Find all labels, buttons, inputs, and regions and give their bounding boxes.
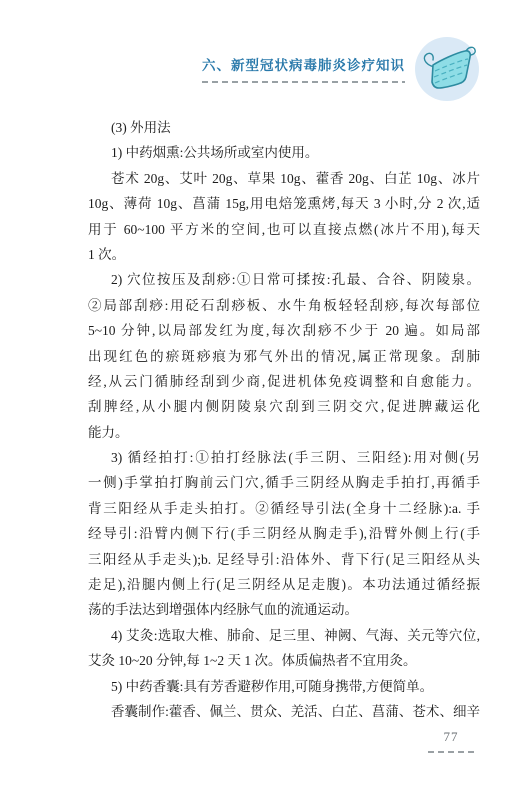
text-line: 5) 中药香囊:具有芳香避秽作用,可随身携带,方便简单。: [88, 674, 480, 699]
text-line: 2) 穴位按压及刮痧:①日常可揉按:孔最、合谷、阴陵泉。: [88, 267, 480, 292]
book-page: 六、新型冠状病毒肺炎诊疗知识 (3) 外用法 1) 中药烟熏:公共场所或室内使用…: [0, 0, 528, 793]
text-line: 10g、薄荷 10g、菖蒲 15g,用电焙笼熏烤,每天 3 小时,分 2 次,适: [88, 191, 480, 216]
text-line: 1 次。: [88, 242, 480, 267]
face-mask-icon: [414, 36, 480, 102]
header-dashed-rule: [202, 81, 405, 83]
text-line: 3) 循经拍打:①拍打经脉法(手三阴、三阳经):用对侧(另: [88, 445, 480, 470]
text-line: (3) 外用法: [88, 115, 480, 140]
text-line: 荡的手法达到增强体内经脉气血的流通运动。: [88, 597, 480, 622]
text-line: 5~10 分钟,以局部发红为度,每次刮痧不少于 20 遍。如局部: [88, 318, 480, 343]
text-line: 出现红色的瘀斑痧痕为邪气外出的情况,属正常现象。刮肺: [88, 344, 480, 369]
text-line: ②局部刮痧:用砭石刮痧板、水牛角板轻轻刮痧,每次每部位: [88, 293, 480, 318]
footer-dashed-rule: [428, 751, 474, 753]
section-title: 六、新型冠状病毒肺炎诊疗知识: [202, 54, 405, 74]
page-header: 六、新型冠状病毒肺炎诊疗知识: [202, 36, 480, 102]
page-number: 77: [428, 729, 474, 745]
text-line: 经导引:沿臂内侧下行(手三阴经从胸走手),沿臂外侧上行(手: [88, 521, 480, 546]
text-line: 背三阳经从手走头拍打。②循经导引法(全身十二经脉):a. 手: [88, 496, 480, 521]
text-line: 4) 艾灸:选取大椎、肺俞、足三里、神阙、气海、关元等穴位,: [88, 623, 480, 648]
text-line: 刮脾经,从小腿内侧阴陵泉穴刮到三阴交穴,促进脾藏运化: [88, 394, 480, 419]
section-title-block: 六、新型冠状病毒肺炎诊疗知识: [202, 54, 405, 83]
page-footer: 77: [428, 729, 474, 753]
text-line: 能力。: [88, 420, 480, 445]
text-line: 苍术 20g、艾叶 20g、草果 10g、藿香 20g、白芷 10g、冰片: [88, 166, 480, 191]
text-line: 经,从云门循肺经刮到少商,促进机体免疫调整和自愈能力。: [88, 369, 480, 394]
text-line: 香囊制作:藿香、佩兰、贯众、羌活、白芷、菖蒲、苍术、细辛: [88, 699, 480, 724]
body-text: (3) 外用法 1) 中药烟熏:公共场所或室内使用。 苍术 20g、艾叶 20g…: [88, 115, 480, 724]
text-line: 三阳经从手走头);b. 足经导引:沿体外、背下行(足三阳经从头: [88, 547, 480, 572]
text-line: 1) 中药烟熏:公共场所或室内使用。: [88, 140, 480, 165]
text-line: 走足),沿腿内侧上行(足三阴经从足走腹)。本功法通过循经振: [88, 572, 480, 597]
text-line: 一侧)手掌拍打胸前云门穴,循手三阴经从胸走手拍打,再循手: [88, 470, 480, 495]
text-line: 用于 60~100 平方米的空间,也可以直接点燃(冰片不用),每天: [88, 217, 480, 242]
text-line: 艾灸 10~20 分钟,每 1~2 天 1 次。体质偏热者不宜用灸。: [88, 648, 480, 673]
